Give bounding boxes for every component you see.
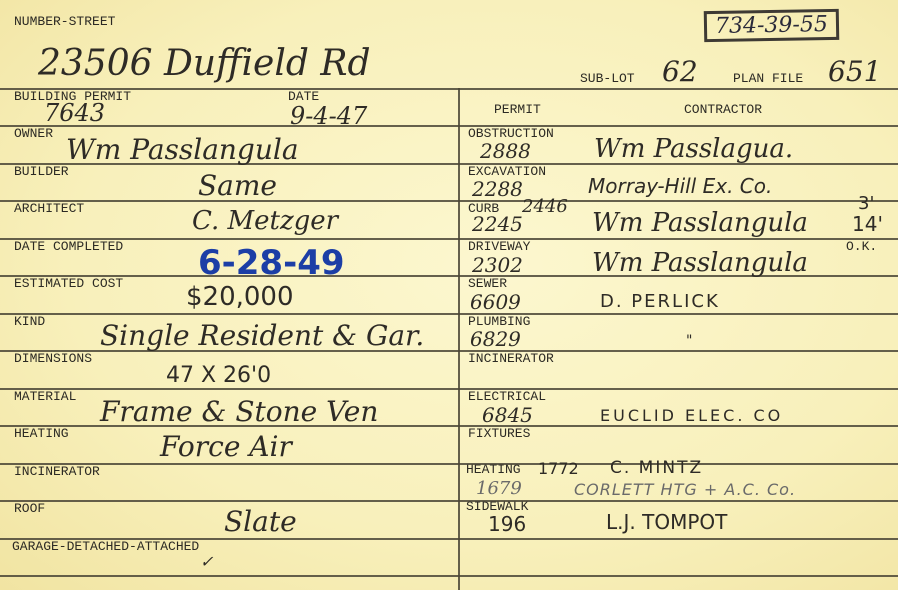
curb-note-top: 3' bbox=[858, 195, 874, 213]
curb-permit: 2245 bbox=[472, 214, 523, 234]
heating-label: HEATING bbox=[14, 427, 69, 441]
curb-contractor: Wm Passlangula bbox=[592, 210, 808, 236]
estimated-cost-label: ESTIMATED COST bbox=[14, 277, 123, 291]
sidewalk-permit: 196 bbox=[488, 514, 526, 534]
plumbing-permit: 6829 bbox=[470, 329, 521, 349]
date-completed-value: 6-28-49 bbox=[198, 246, 345, 280]
rule bbox=[0, 575, 898, 577]
curb-permit-extra: 2446 bbox=[522, 198, 568, 216]
driveway-label: DRIVEWAY bbox=[468, 240, 530, 254]
address-value: 23506 Duffield Rd bbox=[38, 46, 371, 82]
rule bbox=[0, 125, 898, 127]
permit-header: PERMIT bbox=[494, 103, 541, 117]
material-label: MATERIAL bbox=[14, 390, 76, 404]
rule bbox=[0, 88, 898, 90]
excavation-permit: 2288 bbox=[472, 179, 523, 199]
fixtures-label: FIXTURES bbox=[468, 427, 530, 441]
incinerator-permit-label: INCINERATOR bbox=[468, 352, 554, 366]
rule bbox=[0, 313, 898, 315]
plumbing-contractor: " bbox=[686, 334, 692, 348]
rule bbox=[0, 388, 898, 390]
heating-permit-extra: 1772 bbox=[538, 461, 579, 477]
garage-label: GARAGE-DETACHED-ATTACHED bbox=[12, 540, 199, 554]
estimated-cost-value: $20,000 bbox=[186, 284, 294, 310]
sewer-permit: 6609 bbox=[470, 292, 521, 312]
roof-value: Slate bbox=[224, 508, 297, 536]
driveway-permit: 2302 bbox=[472, 255, 523, 275]
kind-value: Single Resident & Gar. bbox=[100, 322, 424, 350]
roof-label: ROOF bbox=[14, 502, 45, 516]
excavation-contractor: Morray-Hill Ex. Co. bbox=[588, 176, 772, 196]
plan-file-value: 651 bbox=[828, 58, 881, 86]
obstruction-contractor: Wm Passlagua. bbox=[594, 136, 793, 162]
obstruction-permit: 2888 bbox=[480, 141, 531, 161]
sub-lot-value: 62 bbox=[662, 58, 698, 86]
builder-value: Same bbox=[198, 172, 277, 200]
incinerator-label: INCINERATOR bbox=[14, 465, 100, 479]
electrical-permit: 6845 bbox=[482, 405, 533, 425]
heating-permit: 1679 bbox=[476, 480, 522, 498]
electrical-label: ELECTRICAL bbox=[468, 390, 546, 404]
heating-contractor-extra: C. MINTZ bbox=[610, 460, 703, 477]
rule bbox=[0, 463, 898, 465]
dimensions-label: DIMENSIONS bbox=[14, 352, 92, 366]
sewer-label: SEWER bbox=[468, 277, 507, 291]
kind-label: KIND bbox=[14, 315, 45, 329]
contractor-header: CONTRACTOR bbox=[684, 103, 762, 117]
heating-permit-label: HEATING bbox=[466, 463, 521, 477]
rule bbox=[0, 238, 898, 240]
date-value: 9-4-47 bbox=[290, 104, 367, 128]
owner-value: Wm Passlangula bbox=[66, 136, 299, 164]
driveway-contractor: Wm Passlangula bbox=[592, 250, 808, 276]
heating-value: Force Air bbox=[160, 433, 292, 461]
rule bbox=[0, 500, 898, 502]
sub-lot-label: SUB-LOT bbox=[580, 72, 635, 86]
sewer-contractor: D. PERLICK bbox=[600, 293, 720, 311]
rule bbox=[0, 200, 898, 202]
sidewalk-contractor: L.J. TOMPOT bbox=[606, 512, 727, 532]
heating-contractor: CORLETT HTG + A.C. Co. bbox=[574, 482, 796, 498]
dimensions-value: 47 X 26'0 bbox=[166, 365, 271, 387]
owner-label: OWNER bbox=[14, 127, 53, 141]
date-completed-label: DATE COMPLETED bbox=[14, 240, 123, 254]
curb-note: 14' bbox=[852, 214, 883, 234]
building-permit-value: 7643 bbox=[44, 101, 105, 125]
material-value: Frame & Stone Ven bbox=[100, 398, 378, 426]
file-number-box: 734-39-55 bbox=[704, 9, 839, 42]
driveway-note: O.K. bbox=[846, 240, 877, 254]
plan-file-label: PLAN FILE bbox=[733, 72, 803, 86]
architect-label: ARCHITECT bbox=[14, 202, 84, 216]
number-street-label: NUMBER-STREET bbox=[14, 15, 115, 29]
electrical-contractor: EUCLID ELEC. CO bbox=[600, 408, 783, 424]
architect-value: C. Metzger bbox=[192, 208, 338, 234]
builder-label: BUILDER bbox=[14, 165, 69, 179]
garage-check: ✓ bbox=[200, 554, 213, 570]
permit-card: NUMBER-STREET 23506 Duffield Rd 734-39-5… bbox=[0, 0, 898, 590]
